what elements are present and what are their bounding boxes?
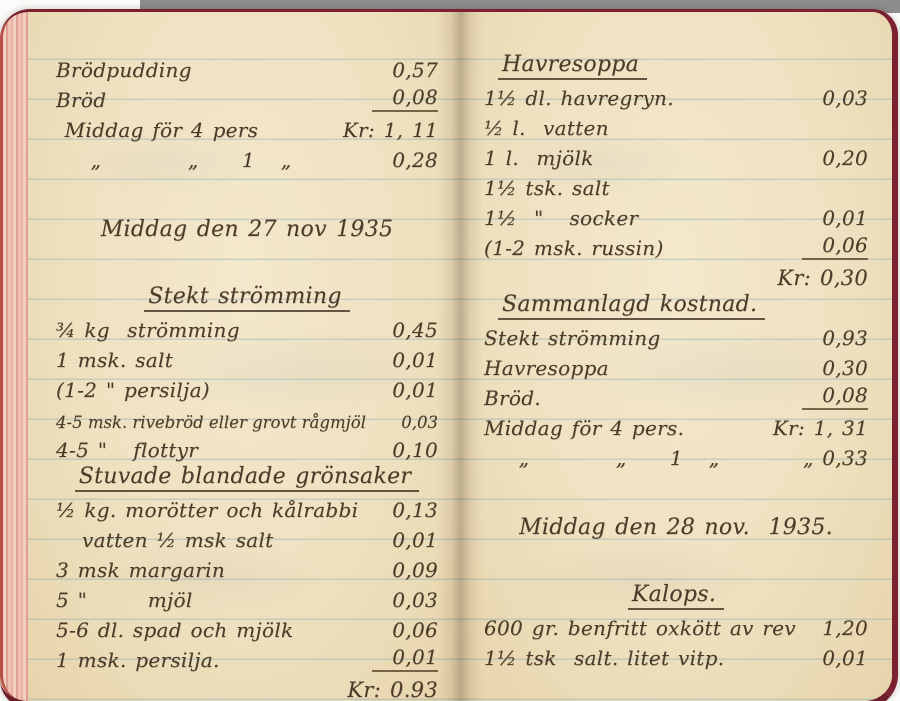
entry-label: 1½ tsk. salt	[484, 176, 802, 200]
ledger-row: Kr: 0,30	[484, 260, 868, 290]
entry-label: Middag för 4 pers	[56, 118, 343, 142]
entry-amount: 0,03	[372, 413, 438, 432]
ledger-row: 4-5 msk. rivebröd eller grovt rågmjöl 0,…	[56, 402, 438, 432]
ledger-row: Middag den 28 nov. 1935.	[484, 510, 868, 540]
entry-label: 1 msk. persilja.	[56, 648, 372, 672]
entry-amount: 0,03	[802, 86, 868, 110]
entry-amount: 0,28	[372, 148, 438, 172]
ledger-row: 4-5 " flottyr 0,10	[56, 432, 438, 462]
ledger-row: Middag den 27 nov 1935	[56, 212, 438, 242]
ledger-row	[484, 540, 868, 580]
entry-label: (1-2 " persilja)	[56, 378, 372, 402]
ledger-row	[56, 172, 438, 212]
entry-label: Bröd.	[484, 386, 802, 410]
entry-amount: 0,10	[372, 438, 438, 462]
entry-label: Stekt strömming	[484, 326, 802, 350]
entry-label: Kalops.	[628, 582, 724, 610]
ledger-row: vatten ½ msk salt 0,01	[56, 522, 438, 552]
entry-label: ½ kg. morötter och kålrabbi	[56, 498, 372, 522]
ledger-row: (1-2 " persilja) 0,01	[56, 372, 438, 402]
entry-label: „ „ 1 „	[484, 446, 802, 470]
ledger-row: 1 msk. persilja. 0,01	[56, 642, 438, 672]
ledger-row: Sammanlagd kostnad.	[484, 290, 868, 320]
entry-label: ½ l. vatten	[484, 116, 802, 140]
right-page-entries: Havresoppa 1½ dl. havregryn. 0,03 ½ l. v…	[460, 12, 892, 670]
entry-amount: 1,20	[802, 616, 868, 640]
entry-amount: 0,01	[372, 645, 438, 672]
entry-label: 3 msk margarin	[56, 558, 372, 582]
entry-amount: 0,01	[372, 348, 438, 372]
ledger-row: Middag för 4 pers. Kr: 1, 31	[484, 410, 868, 440]
ledger-row: 1½ dl. havregryn. 0,03	[484, 80, 868, 110]
entry-label: Havresoppa	[484, 356, 802, 380]
entry-amount: 0,01	[802, 646, 868, 670]
entry-amount: 0,01	[372, 528, 438, 552]
entry-label: 1 l. mjölk	[484, 146, 802, 170]
entry-label: Stekt strömming	[144, 284, 350, 312]
entry-amount: 0,93	[802, 326, 868, 350]
entry-label: „ „ 1 „	[56, 148, 372, 172]
entry-label: Middag den 27 nov 1935	[101, 217, 394, 242]
ledger-row	[56, 242, 438, 282]
entry-label: Sammanlagd kostnad.	[498, 292, 765, 320]
entry-label: Brödpudding	[56, 58, 372, 82]
entry-label: vatten ½ msk salt	[56, 528, 372, 552]
entry-label: 4-5 " flottyr	[56, 438, 372, 462]
ledger-row: 1½ tsk. salt	[484, 170, 868, 200]
entry-amount: 0,06	[802, 233, 868, 260]
notebook: Brödpudding 0,57 Bröd 0,08 Middag för 4 …	[0, 9, 898, 701]
entry-label: 4-5 msk. rivebröd eller grovt rågmjöl	[56, 413, 372, 432]
ledger-row: Havresoppa	[484, 50, 868, 80]
entry-label: Middag för 4 pers.	[484, 416, 773, 440]
ledger-row	[484, 470, 868, 510]
ledger-row: 1 l. mjölk 0,20	[484, 140, 868, 170]
ledger-row: 600 gr. benfritt oxkött av rev 1,20	[484, 610, 868, 640]
entry-label: 600 gr. benfritt oxkött av rev	[484, 616, 802, 640]
entry-amount: 0,30	[802, 356, 868, 380]
entry-amount: 0,03	[372, 588, 438, 612]
scanned-notebook-scene: Brödpudding 0,57 Bröd 0,08 Middag för 4 …	[0, 0, 900, 701]
entry-amount: 0,57	[372, 58, 438, 82]
entry-label: 1½ tsk salt. litet vitp.	[484, 646, 802, 670]
entry-label: 1 msk. salt	[56, 348, 372, 372]
ledger-row: Stekt strömming	[56, 282, 438, 312]
page-edge-stack	[0, 12, 31, 701]
ledger-row: 5 " mjöl 0,03	[56, 582, 438, 612]
ledger-row: Stekt strömming 0,93	[484, 320, 868, 350]
ledger-row: „ „ 1 „ 0,28	[56, 142, 438, 172]
ledger-row: Kr: 0.93	[56, 672, 438, 701]
open-pages: Brödpudding 0,57 Bröd 0,08 Middag för 4 …	[28, 12, 892, 701]
ledger-row: ½ kg. morötter och kålrabbi 0,13	[56, 492, 438, 522]
entry-label: ¾ kg strömming	[56, 318, 372, 342]
entry-amount: Kr: 0.93	[347, 678, 438, 701]
entry-label: 1½ " socker	[484, 206, 802, 230]
entry-amount: Kr: 0,30	[777, 266, 868, 290]
ledger-row: 5-6 dl. spad och mjölk 0,06	[56, 612, 438, 642]
ledger-row: 1½ " socker 0,01	[484, 200, 868, 230]
ledger-row: Stuvade blandade grönsaker	[56, 462, 438, 492]
entry-label: 1½ dl. havregryn.	[484, 86, 802, 110]
page-right: Havresoppa 1½ dl. havregryn. 0,03 ½ l. v…	[460, 12, 892, 701]
entry-amount: 0,08	[372, 85, 438, 112]
ledger-row: Kalops.	[484, 580, 868, 610]
entry-amount: 0,08	[802, 383, 868, 410]
ledger-row: Bröd. 0,08	[484, 380, 868, 410]
ledger-row: Bröd 0,08	[56, 82, 438, 112]
entry-amount: Kr: 1, 11	[343, 118, 438, 142]
entry-amount: 0,20	[802, 146, 868, 170]
entry-amount: 0,06	[372, 618, 438, 642]
entry-label: (1-2 msk. russin)	[484, 236, 802, 260]
ledger-row: Havresoppa 0,30	[484, 350, 868, 380]
ledger-row: „ „ 1 „ „ 0,33	[484, 440, 868, 470]
entry-label: 5-6 dl. spad och mjölk	[56, 618, 372, 642]
entry-label: Havresoppa	[498, 52, 647, 80]
entry-amount: 0,13	[372, 498, 438, 522]
entry-label: Bröd	[56, 88, 372, 112]
entry-amount: Kr: 1, 31	[773, 416, 868, 440]
ledger-row: Brödpudding 0,57	[56, 52, 438, 82]
ledger-row: 1 msk. salt 0,01	[56, 342, 438, 372]
ledger-row: 1½ tsk salt. litet vitp. 0,01	[484, 640, 868, 670]
entry-label: Middag den 28 nov. 1935.	[519, 515, 833, 540]
ledger-row: Middag för 4 pers Kr: 1, 11	[56, 112, 438, 142]
entry-amount: 0,45	[372, 318, 438, 342]
entry-label: 5 " mjöl	[56, 588, 372, 612]
entry-label: Stuvade blandade grönsaker	[75, 464, 420, 492]
entry-amount: 0,09	[372, 558, 438, 582]
entry-amount: „ 0,33	[802, 446, 868, 470]
ledger-row: 3 msk margarin 0,09	[56, 552, 438, 582]
ledger-row: (1-2 msk. russin) 0,06	[484, 230, 868, 260]
left-page-entries: Brödpudding 0,57 Bröd 0,08 Middag för 4 …	[28, 12, 460, 701]
entry-amount: 0,01	[802, 206, 868, 230]
entry-amount: 0,01	[372, 378, 438, 402]
page-left: Brödpudding 0,57 Bröd 0,08 Middag för 4 …	[28, 12, 460, 701]
ledger-row: ¾ kg strömming 0,45	[56, 312, 438, 342]
ledger-row: ½ l. vatten	[484, 110, 868, 140]
